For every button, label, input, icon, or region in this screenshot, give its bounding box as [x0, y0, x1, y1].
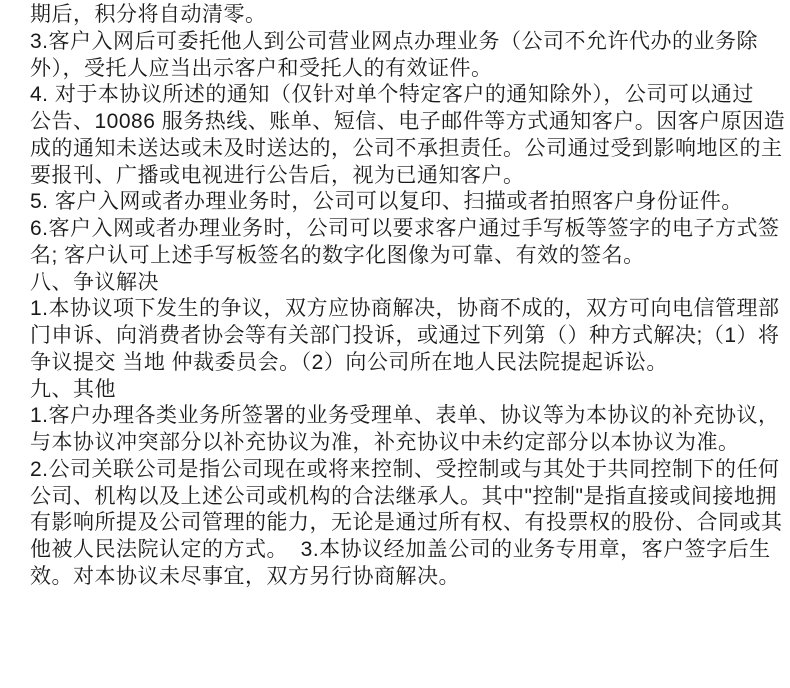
- text-line: 与本协议冲突部分以补充协议为准，补充协议中未约定部分以本协议为准。: [30, 430, 770, 457]
- text-line: 外），受托人应当出示客户和受托人的有效证件。: [30, 56, 770, 83]
- text-line: 他被人民法院认定的方式。 3.本协议经加盖公司的业务专用章，客户签字后生: [30, 537, 770, 564]
- text-line: 成的通知未送达或未及时送达的，公司不承担责任。公司通过受到影响地区的主: [30, 136, 770, 163]
- text-line: 2.公司关联公司是指公司现在或将来控制、受控制或与其处于共同控制下的任何: [30, 457, 770, 484]
- text-line: 名; 客户认可上述手写板签名的数字化图像为可靠、有效的签名。: [30, 243, 770, 270]
- text-line: 4. 对于本协议所述的通知（仅针对单个特定客户的通知除外），公司可以通过: [30, 82, 770, 109]
- text-line: 有影响所提及公司管理的能力，无论是通过所有权、有投票权的股份、合同或其: [30, 510, 770, 537]
- text-line: 期后，积分将自动清零。: [30, 2, 770, 29]
- text-line: 门申诉、向消费者协会等有关部门投诉，或通过下列第（）种方式解决;（1）将: [30, 323, 770, 350]
- text-line: 1.客户办理各类业务所签署的业务受理单、表单、协议等为本协议的补充协议，: [30, 403, 770, 430]
- text-line: 争议提交 当地 仲裁委员会。（2）向公司所在地人民法院提起诉讼。: [30, 350, 770, 377]
- section-heading-dispute-resolution: 八、争议解决: [30, 270, 770, 297]
- text-line: 6.客户入网或者办理业务时，公司可以要求客户通过手写板等签字的电子方式签: [30, 216, 770, 243]
- text-line: 公告、10086 服务热线、账单、短信、电子邮件等方式通知客户。因客户原因造: [30, 109, 770, 136]
- section-heading-others: 九、其他: [30, 377, 770, 404]
- text-line: 公司、机构以及上述公司或机构的合法继承人。其中"控制"是指直接或间接地拥: [30, 484, 770, 511]
- document-page: 期后，积分将自动清零。 3.客户入网后可委托他人到公司营业网点办理业务（公司不允…: [0, 0, 790, 688]
- text-line: 效。对本协议未尽事宜，双方另行协商解决。: [30, 564, 770, 591]
- text-line: 5. 客户入网或者办理业务时，公司可以复印、扫描或者拍照客户身份证件。: [30, 189, 770, 216]
- agreement-text-block: 期后，积分将自动清零。 3.客户入网后可委托他人到公司营业网点办理业务（公司不允…: [30, 2, 770, 591]
- text-line: 3.客户入网后可委托他人到公司营业网点办理业务（公司不允许代办的业务除: [30, 29, 770, 56]
- text-line: 1.本协议项下发生的争议，双方应协商解决，协商不成的，双方可向电信管理部: [30, 296, 770, 323]
- text-line: 要报刊、广播或电视进行公告后，视为已通知客户。: [30, 163, 770, 190]
